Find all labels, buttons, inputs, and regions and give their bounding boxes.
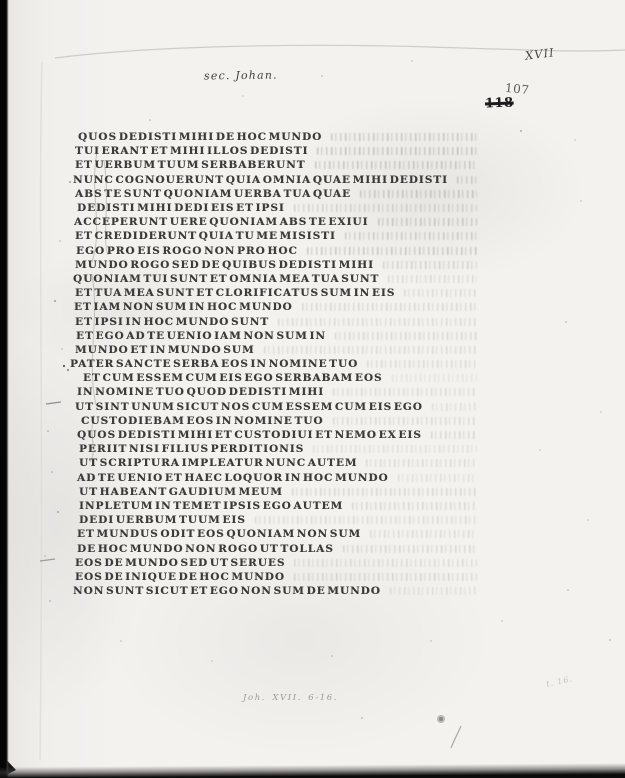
show-through-smudge [345,232,477,240]
manuscript-line-text: ut scriptura impleatur nunc autem [79,457,357,469]
manuscript-line: tui erant et mihi illos dedisti [75,144,477,158]
manuscript-line-text: dedi uerbum tuum eis [79,514,246,526]
manuscript-line-text: mundo et in mundo sum [75,344,255,356]
manuscript-line: eos de inique de hoc mundo [75,570,477,584]
manuscript-line-text: quos dedisti mihi et custodiui et nemo e… [77,429,422,441]
manuscript-line-text: custodiebam eos in nomine tuo [81,415,324,427]
scanned-manuscript-page: { "colors": { "paper": "#f3f2ef", "ink":… [0,0,625,778]
show-through-smudge [366,459,477,467]
manuscript-line: periit nisi filius perditionis [79,442,477,456]
manuscript-line: ut habeant gaudium meum [79,485,477,499]
show-through-smudge [390,587,477,595]
manuscript-line: et uerbum tuum serbaberunt [75,158,477,172]
plate-caption: Joh. XVII. 6-16. [243,693,338,703]
manuscript-line-text: tui erant et mihi illos dedisti [75,145,308,157]
manuscript-line: abs te sunt quoniam uerba tua quae [75,187,477,201]
show-through-smudge [294,573,477,581]
manuscript-line-text: et tua mea sunt et clorificatus sum in e… [75,287,395,299]
manuscript-line-text: et crediderunt quia tu me misisti [75,230,336,242]
manuscript-line: dedisti mihi dedi eis et ipsi [77,201,477,215]
show-through-smudge [392,374,477,382]
manuscript-line-text: quoniam tui sunt et omnia mea tua sunt [73,273,379,285]
manuscript-line: mundo rogo sed de quibus dedisti mihi [75,258,477,272]
show-through-smudge [398,474,477,482]
manuscript-line: nunc cognouerunt quia omnia quae mihi de… [73,173,477,187]
manuscript-line-text: quos dedisti mihi de hoc mundo [78,131,322,143]
show-through-smudge [360,190,477,198]
manuscript-line: de hoc mundo non rogo ut tollas [77,541,477,555]
manuscript-line-text: ad te uenio et haec loquor in hoc mundo [77,472,389,484]
show-through-smudge [352,502,477,510]
show-through-smudge [302,303,477,311]
manuscript-line-text: et mundus odit eos quoniam non sum [77,528,361,540]
manuscript-line-text: ut sint unum sicut nos cum essem cum eis… [75,401,423,413]
manuscript-line-text: et cum essem cum eis ego serbabam eos [83,372,383,384]
manuscript-line-text: et iam non sum in hoc mundo [74,301,293,313]
manuscript-line: in nomine tuo quod dedisti mihi [77,385,477,399]
show-through-smudge [378,218,477,226]
show-through-smudge [388,275,477,283]
manuscript-line: et mundus odit eos quoniam non sum [77,527,477,541]
show-through-smudge [294,204,477,212]
show-through-smudge [294,559,477,567]
show-through-smudge [367,360,477,368]
manuscript-line: eos de mundo sed ut serues [75,556,477,570]
manuscript-line-text: eos de inique de hoc mundo [75,571,285,583]
manuscript-line: et tua mea sunt et clorificatus sum in e… [75,286,477,300]
manuscript-line-text: et ego ad te uenio iam non sum in [76,330,326,342]
page-number-old-struck: 118 [485,96,514,112]
manuscript-line: quoniam tui sunt et omnia mea tua sunt [73,272,477,286]
manuscript-line: non sunt sicut et ego non sum de mundo [73,584,477,598]
manuscript-line-text: mundo rogo sed de quibus dedisti mihi [75,259,374,271]
show-through-smudge [457,176,477,184]
manuscript-line: ut scriptura impleatur nunc autem [79,456,477,470]
show-through-smudge [331,133,477,141]
manuscript-line-text: in nomine tuo quod dedisti mihi [77,386,324,398]
manuscript-line: inpletum in temet ipsis ego autem [79,499,477,513]
show-through-smudge [333,388,477,396]
manuscript-line: ego pro eis rogo non pro hoc [76,244,477,258]
manuscript-line: ad te uenio et haec loquor in hoc mundo [77,471,477,485]
show-through-smudge [431,431,477,439]
manuscript-line: et cum essem cum eis ego serbabam eos [83,371,477,385]
manuscript-line: dedi uerbum tuum eis [79,513,477,527]
manuscript-line-text: abs te sunt quoniam uerba tua quae [75,188,351,200]
show-through-smudge [404,289,477,297]
manuscript-line-text: acceperunt uere quoniam abs te exiui [74,216,369,228]
manuscript-line: quos dedisti mihi et custodiui et nemo e… [77,428,477,442]
manuscript-line: et ipsi in hoc mundo sunt [75,314,477,328]
manuscript-line-text: ut habeant gaudium meum [79,486,283,498]
manuscript-line-text: periit nisi filius perditionis [79,443,304,455]
show-through-smudge [383,261,477,269]
show-through-smudge [343,545,477,553]
show-through-smudge [255,516,477,524]
manuscript-line-text: dedisti mihi dedi eis et ipsi [77,202,285,214]
manuscript-line: pater sancte serba eos in nomine tuo [70,357,477,371]
manuscript-line-text: pater sancte serba eos in nomine tuo [70,358,358,370]
show-through-smudge [333,417,477,425]
manuscript-line: ut sint unum sicut nos cum essem cum eis… [75,400,477,414]
show-through-smudge [335,332,477,340]
manuscript-line: et crediderunt quia tu me misisti [75,229,477,243]
manuscript-text-block: quos dedisti mihi de hoc mundotui erant … [75,130,477,598]
manuscript-line-text: et uerbum tuum serbaberunt [75,159,306,171]
manuscript-line: acceperunt uere quoniam abs te exiui [74,215,477,229]
film-frame-left [0,0,9,778]
manuscript-line-text: inpletum in temet ipsis ego autem [79,500,343,512]
header-inscription: sec. Johan. [204,69,278,83]
manuscript-line-text: eos de mundo sed ut serues [75,557,285,569]
show-through-smudge [317,147,477,155]
manuscript-line-text: non sunt sicut et ego non sum de mundo [73,585,381,597]
manuscript-line-text: de hoc mundo non rogo ut tollas [77,543,334,555]
manuscript-line: et ego ad te uenio iam non sum in [76,329,477,343]
manuscript-line-text: nunc cognouerunt quia omnia quae mihi de… [73,174,448,186]
show-through-smudge [370,530,477,538]
show-through-smudge [432,403,477,411]
manuscript-line: et iam non sum in hoc mundo [74,300,477,314]
show-through-smudge [292,488,477,496]
manuscript-line-text: et ipsi in hoc mundo sunt [75,316,269,328]
show-through-smudge [278,318,477,326]
show-through-smudge [315,161,477,169]
manuscript-line: mundo et in mundo sum [75,343,477,357]
manuscript-line: custodiebam eos in nomine tuo [81,414,477,428]
show-through-smudge [307,247,477,255]
show-through-smudge [313,445,477,453]
show-through-smudge [264,346,477,354]
manuscript-line-text: ego pro eis rogo non pro hoc [76,245,298,257]
manuscript-line: quos dedisti mihi de hoc mundo [78,130,477,144]
